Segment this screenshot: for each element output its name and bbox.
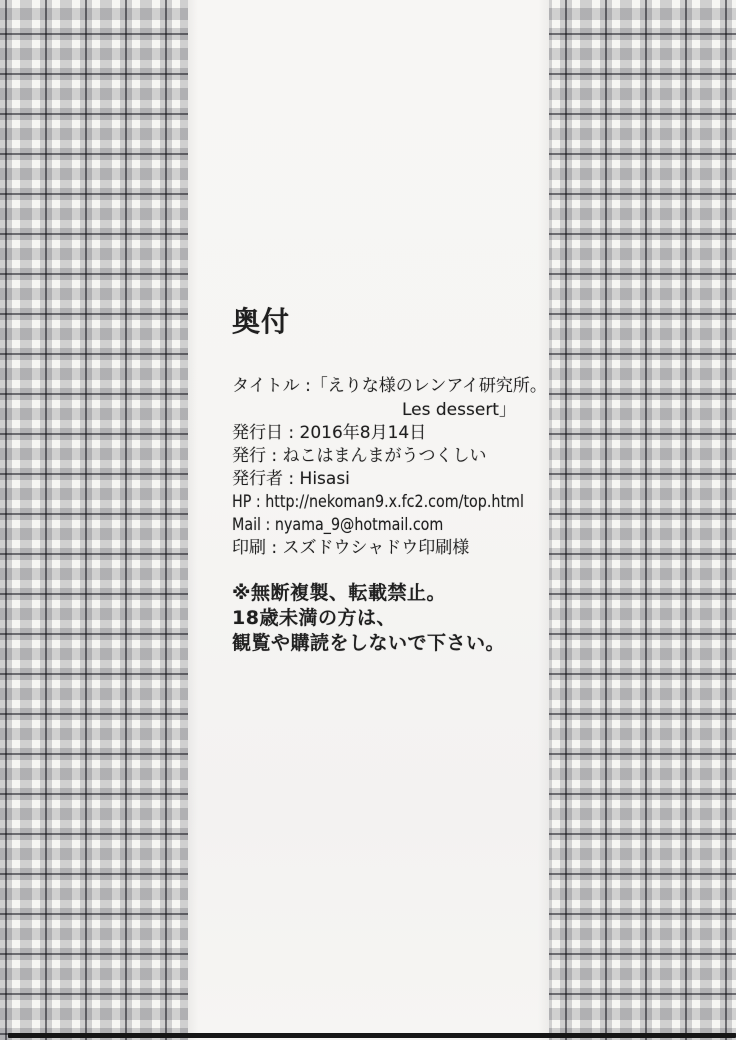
homepage-url-line: HP : http://nekoman9.x.fc2.com/top.html: [232, 491, 492, 514]
title-block: タイトル :「えりな様のレンアイ研究所。 Les dessert」: [232, 374, 542, 422]
publisher-circle-line: 発行 : ねこはまんまがうつくしい: [232, 445, 542, 468]
printer-line: 印刷 : スズドウシャドウ印刷様: [232, 537, 542, 560]
colophon-content: 奥付 タイトル :「えりな様のレンアイ研究所。 Les dessert」 発行日…: [232, 300, 542, 656]
scanned-colophon-page: 奥付 タイトル :「えりな様のレンアイ研究所。 Les dessert」 発行日…: [0, 0, 736, 1040]
mail-address-line: Mail : nyama_9@hotmail.com: [232, 514, 492, 537]
publication-info-block: 発行日 : 2016年8月14日 発行 : ねこはまんまがうつくしい 発行者 :…: [232, 422, 542, 560]
colophon-heading: 奥付: [232, 300, 542, 344]
warning-line-1: ※無断複製、転載禁止。: [232, 581, 542, 606]
scan-edge-line: [8, 1033, 736, 1038]
title-line: タイトル :「えりな様のレンアイ研究所。: [232, 374, 542, 398]
colophon-paper-strip: 奥付 タイトル :「えりな様のレンアイ研究所。 Les dessert」 発行日…: [188, 0, 549, 1040]
warning-line-2: 18歳未満の方は、: [232, 606, 542, 631]
copyright-warning-block: ※無断複製、転載禁止。 18歳未満の方は、 観覧や購読をしないで下さい。: [232, 581, 542, 656]
publish-date-line: 発行日 : 2016年8月14日: [232, 422, 542, 445]
warning-line-3: 観覧や購読をしないで下さい。: [232, 631, 542, 656]
author-line: 発行者 : Hisasi: [232, 468, 542, 491]
title-subtitle-line: Les dessert」: [232, 398, 542, 422]
